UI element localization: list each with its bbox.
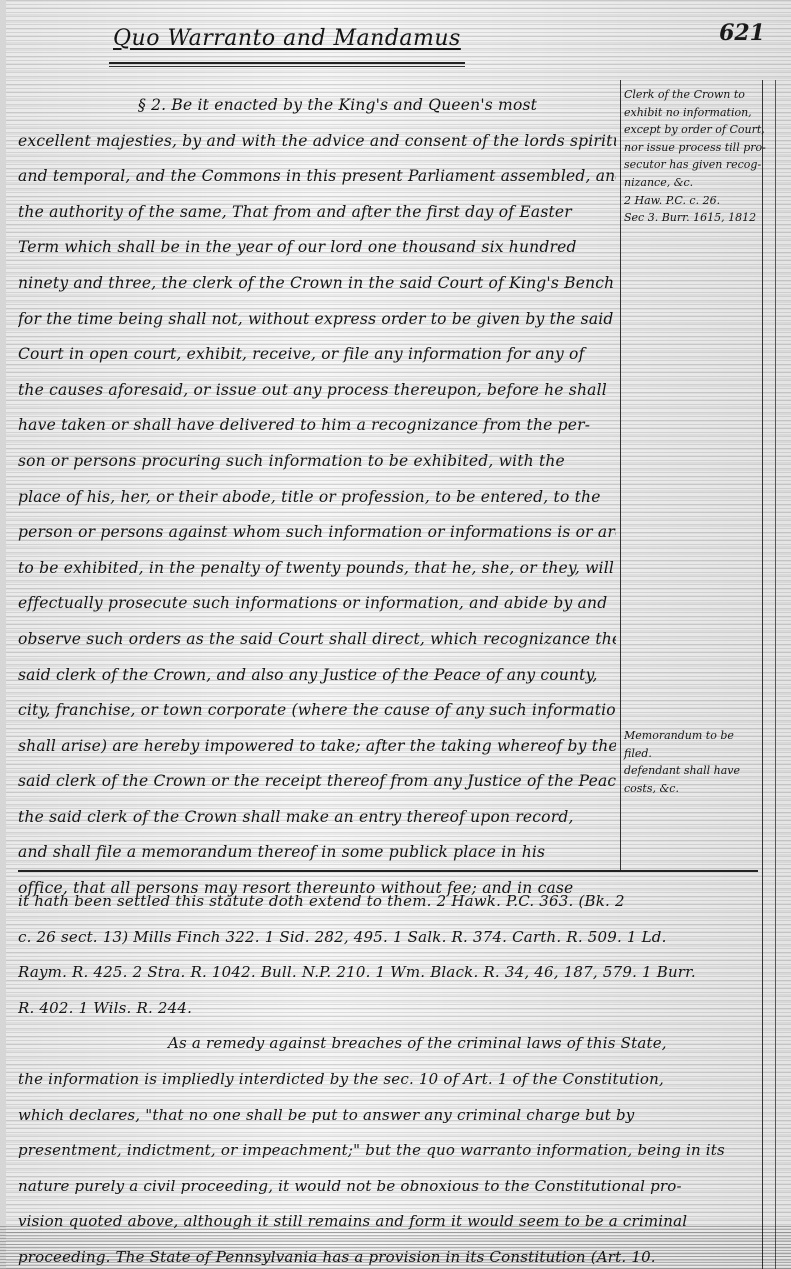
text-line: effectually prosecute such informations … (18, 586, 616, 622)
margin-note-line: filed. (624, 745, 760, 763)
text-line: Term which shall be in the year of our l… (18, 230, 616, 266)
margin-note-memorandum: Memorandum to be filed. defendant shall … (624, 727, 760, 797)
margin-note-citation: 2 Haw. P.C. c. 26. (624, 192, 760, 210)
margin-note-citation: Sec 3. Burr. 1615, 1812 (624, 209, 760, 227)
statute-text: § 2. Be it enacted by the King's and Que… (18, 88, 616, 907)
text-line: it hath been settled this statute doth e… (18, 884, 763, 920)
text-line: said clerk of the Crown or the receipt t… (18, 764, 616, 800)
text-line: son or persons procuring such informatio… (18, 444, 616, 480)
text-line: the said clerk of the Crown shall make a… (18, 800, 616, 836)
title-underline-double (109, 66, 465, 67)
text-line: for the time being shall not, without ex… (18, 302, 616, 338)
margin-note-line: exhibit no information, (624, 104, 760, 122)
margin-note-line: defendant shall have (624, 762, 760, 780)
text-line: ninety and three, the clerk of the Crown… (18, 266, 616, 302)
text-line: shall arise) are hereby impowered to tak… (18, 729, 616, 765)
margin-note-line: except by order of Court, (624, 121, 760, 139)
title-underline (109, 62, 465, 64)
text-line: city, franchise, or town corporate (wher… (18, 693, 616, 729)
margin-note-clerk: Clerk of the Crown to exhibit no informa… (624, 86, 760, 227)
margin-note-line: secutor has given recog- (624, 156, 760, 174)
commentary-text: it hath been settled this statute doth e… (18, 884, 763, 1269)
margin-note-line: Memorandum to be (624, 727, 760, 745)
text-line: to be exhibited, in the penalty of twent… (18, 551, 616, 587)
text-line: which declares, "that no one shall be pu… (18, 1098, 763, 1134)
text-line: Raym. R. 425. 2 Stra. R. 1042. Bull. N.P… (18, 955, 763, 991)
text-line: R. 402. 1 Wils. R. 244. (18, 991, 763, 1027)
text-line: presentment, indictment, or impeachment;… (18, 1133, 763, 1169)
text-line: observe such orders as the said Court sh… (18, 622, 616, 658)
margin-note-line: nor issue process till pro- (624, 139, 760, 157)
scan-edge (0, 0, 6, 1269)
text-line: c. 26 sect. 13) Mills Finch 322. 1 Sid. … (18, 920, 763, 956)
page-header: Quo Warranto and Mandamus 621 (105, 18, 775, 68)
text-line: As a remedy against breaches of the crim… (18, 1026, 763, 1062)
text-line: and shall file a memorandum thereof in s… (18, 835, 616, 871)
running-title: Quo Warranto and Mandamus (113, 26, 461, 51)
text-line: the information is impliedly interdicted… (18, 1062, 763, 1098)
text-line: the causes aforesaid, or issue out any p… (18, 373, 616, 409)
text-line: the authority of the same, That from and… (18, 195, 616, 231)
text-line: nature purely a civil proceeding, it wou… (18, 1169, 763, 1205)
margin-column-rule (620, 80, 621, 870)
text-line: and temporal, and the Commons in this pr… (18, 159, 616, 195)
scan-shading (0, 1225, 791, 1269)
margin-note-line: Clerk of the Crown to (624, 86, 760, 104)
text-line: place of his, her, or their abode, title… (18, 480, 616, 516)
margin-note-line: costs, &c. (624, 780, 760, 798)
text-line: Court in open court, exhibit, receive, o… (18, 337, 616, 373)
manuscript-page: Quo Warranto and Mandamus 621 § 2. Be it… (0, 0, 791, 1269)
text-line: excellent majesties, by and with the adv… (18, 124, 616, 160)
page-number: 621 (719, 20, 765, 46)
text-line: person or persons against whom such info… (18, 515, 616, 551)
text-line: have taken or shall have delivered to hi… (18, 408, 616, 444)
page-edge-rule (775, 80, 776, 1269)
text-line: said clerk of the Crown, and also any Ju… (18, 658, 616, 694)
text-line: § 2. Be it enacted by the King's and Que… (18, 88, 616, 124)
margin-note-line: nizance, &c. (624, 174, 760, 192)
